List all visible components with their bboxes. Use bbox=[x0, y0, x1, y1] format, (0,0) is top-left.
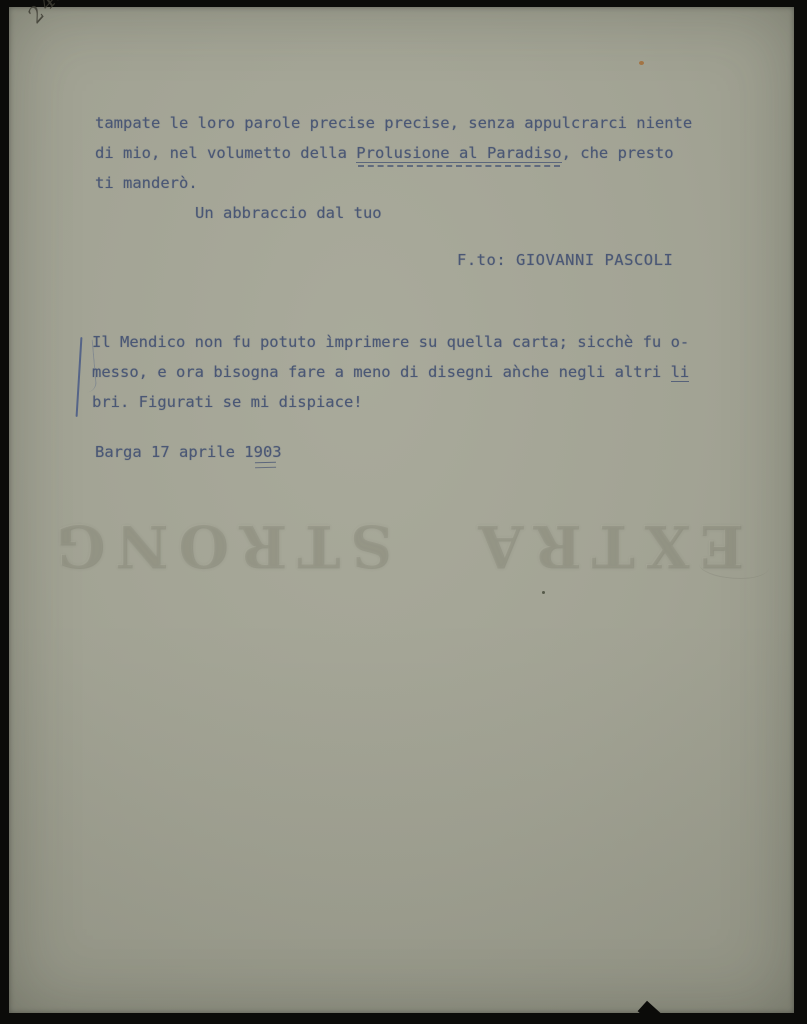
archival-number-annotation: 24A bbox=[23, 0, 75, 27]
letter-line: Un abbraccio dal tuo bbox=[95, 198, 692, 228]
letter-line: Il Mendico non fu potuto ìmprimere su qu… bbox=[92, 327, 689, 357]
letter-text-segment: messo, e ora bisogna fare a meno di dise… bbox=[92, 363, 671, 381]
letter-page: EXTRA STRONG 24A tampate le loro parole … bbox=[9, 7, 794, 1013]
scan-black-border: EXTRA STRONG 24A tampate le loro parole … bbox=[0, 0, 807, 1024]
letter-text-segment: Un abbraccio dal tuo bbox=[195, 204, 382, 222]
letter-line: bri. Figurati se mi dispiace! bbox=[92, 387, 689, 417]
paper-speck bbox=[639, 61, 644, 65]
paper-watermark: EXTRA STRONG bbox=[84, 512, 744, 580]
postscript-paragraph: Il Mendico non fu potuto ìmprimere su qu… bbox=[92, 327, 689, 417]
letter-line: F.to: GIOVANNI PASCOLI bbox=[457, 245, 673, 275]
letter-text-segment: F.to: GIOVANNI PASCOLI bbox=[457, 251, 673, 269]
signature-line: F.to: GIOVANNI PASCOLI bbox=[457, 245, 673, 275]
margin-pen-mark bbox=[76, 337, 83, 417]
letter-text-segment: , che presto bbox=[562, 144, 674, 162]
letter-text-segment: di mio, nel volumetto della bbox=[95, 144, 356, 162]
letter-line: Barga 17 aprile 1903 bbox=[95, 437, 282, 467]
paper-speck bbox=[542, 591, 545, 594]
letter-line: messo, e ora bisogna fare a meno di dise… bbox=[92, 357, 689, 387]
letter-line: ti manderò. bbox=[95, 168, 692, 198]
scan-edge-irregularity bbox=[638, 1001, 661, 1023]
letter-line: tampate le loro parole precise precise, … bbox=[95, 108, 692, 138]
letter-text-segment: li bbox=[671, 363, 690, 382]
letter-text-segment: tampate le loro parole precise precise, … bbox=[95, 114, 692, 132]
letter-text-segment: 903 bbox=[254, 443, 282, 461]
letter-text-segment: Prolusione al Paradiso bbox=[356, 144, 561, 163]
letter-text-segment: ti manderò. bbox=[95, 174, 198, 192]
closing-paragraph: tampate le loro parole precise precise, … bbox=[95, 108, 692, 228]
letter-text-segment: Il Mendico non fu potuto ìmprimere su qu… bbox=[92, 333, 689, 351]
letter-line: di mio, nel volumetto della Prolusione a… bbox=[95, 138, 692, 168]
letter-text-segment: bri. Figurati se mi dispiace! bbox=[92, 393, 363, 411]
dateline: Barga 17 aprile 1903 bbox=[95, 437, 282, 467]
letter-text-segment: Barga 17 aprile 1 bbox=[95, 443, 254, 461]
